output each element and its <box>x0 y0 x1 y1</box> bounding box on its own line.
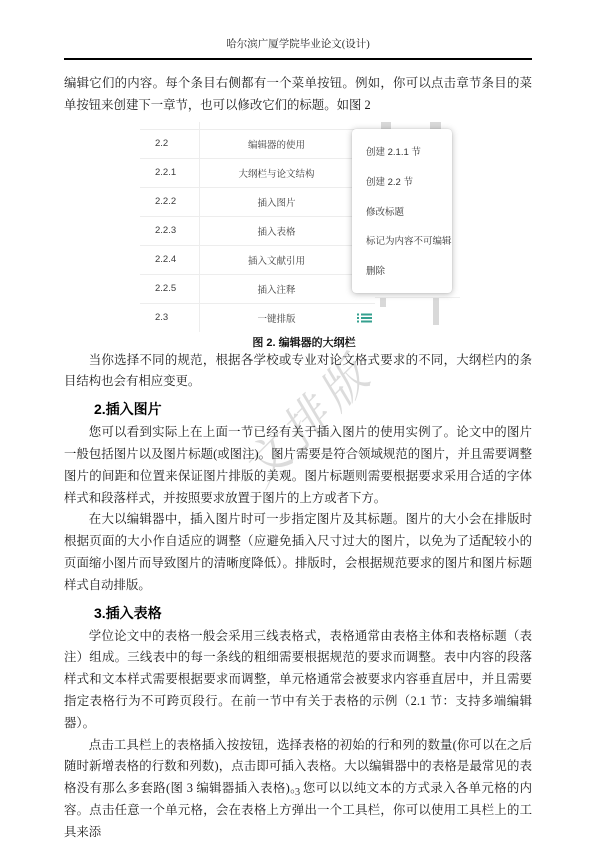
paragraph: 当你选择不同的规范，根据各学校或专业对论文格式要求的不同，大纲栏内的条目结构也会… <box>64 350 532 394</box>
outline-number: 2.2 <box>140 130 200 158</box>
outline-title: 大纲栏与论文结构 <box>200 159 375 187</box>
menu-item-create-2-1-1[interactable]: 创建 2.1.1 节 <box>352 144 452 158</box>
page-preview-edge <box>381 122 391 129</box>
outline-number: 2.2.4 <box>140 246 200 274</box>
list-icon[interactable] <box>357 313 372 323</box>
outline-row[interactable]: 2.2.2 插入图片 <box>140 187 375 216</box>
outline-number: 2.2.2 <box>140 188 200 216</box>
outline-row[interactable]: 2.2.1 大纲栏与论文结构 <box>140 158 375 187</box>
outline-panel: 2.2 编辑器的使用 2.2.1 大纲栏与论文结构 2.2.2 插入图片 2.2… <box>140 122 375 332</box>
outline-title: 插入表格 <box>200 217 375 245</box>
context-menu: 创建 2.1.1 节 创建 2.2 节 修改标题 标记为内容不可编辑 删除 <box>352 129 452 293</box>
section-heading-insert-table: 3.插入表格 <box>94 603 532 623</box>
outline-row[interactable]: 2.2.5 插入注释 <box>140 274 375 303</box>
outline-row[interactable]: 2.2.3 插入表格 <box>140 216 375 245</box>
figure-caption: 图 2. 编辑器的大纲栏 <box>118 334 490 350</box>
page-header: 哈尔滨广厦学院毕业论文(设计) <box>64 36 532 60</box>
outline-title: 插入文献引用 <box>200 246 375 274</box>
document-body: 编辑它们的内容。每个条目右侧都有一个菜单按钮。例如，你可以点击章节条目的菜单按钮… <box>64 73 532 842</box>
outline-title: 一键排版 <box>200 304 375 332</box>
outline-number: 2.3 <box>140 304 200 332</box>
paragraph: 编辑它们的内容。每个条目右侧都有一个菜单按钮。例如，你可以点击章节条目的菜单按钮… <box>64 73 532 117</box>
outline-number: 2.2.1 <box>140 159 200 187</box>
header-title: 哈尔滨广厦学院毕业论文(设计) <box>226 39 370 50</box>
menu-item-delete[interactable]: 删除 <box>352 263 452 277</box>
page-preview-edge <box>430 122 441 129</box>
paragraph: 在大以编辑器中，插入图片时可一步指定图片及其标题。图片的大小会在排版时根据页面的… <box>64 509 532 596</box>
outline-row[interactable]: 2.2 编辑器的使用 <box>140 129 375 158</box>
outline-number: 2.2.5 <box>140 275 200 303</box>
section-heading-insert-image: 2.插入图片 <box>94 399 532 419</box>
page-preview-edge <box>380 298 386 307</box>
menu-item-rename[interactable]: 修改标题 <box>352 204 452 218</box>
document-page: 哈尔滨广厦学院毕业论文(设计) 文排版 编辑它们的内容。每个条目右侧都有一个菜单… <box>0 0 595 842</box>
paragraph: 学位论文中的表格一般会采用三线表格式，表格通常由表格主体和表格标题（表注）组成。… <box>64 626 532 735</box>
paragraph: 您可以看到实际上在上面一节已经有关于插入图片的使用实例了。论文中的图片一般包括图… <box>64 422 532 509</box>
figure-2: 2.2 编辑器的使用 2.2.1 大纲栏与论文结构 2.2.2 插入图片 2.2… <box>64 122 532 350</box>
menu-item-mark-readonly[interactable]: 标记为内容不可编辑 <box>352 233 452 247</box>
outline-title: 编辑器的使用 <box>200 130 375 158</box>
figure-screenshot: 2.2 编辑器的使用 2.2.1 大纲栏与论文结构 2.2.2 插入图片 2.2… <box>140 122 512 325</box>
row-divider-extension <box>375 297 460 298</box>
page-preview-edge <box>433 298 439 325</box>
outline-number: 2.2.3 <box>140 217 200 245</box>
outline-row-partial <box>140 122 375 129</box>
outline-title: 插入注释 <box>200 275 375 303</box>
outline-row[interactable]: 2.3 一键排版 <box>140 303 375 332</box>
paragraph: 点击工具栏上的表格插入按按钮，选择表格的初始的行和列的数量(你可以在之后随时新增… <box>64 735 532 842</box>
menu-item-create-2-2[interactable]: 创建 2.2 节 <box>352 174 452 188</box>
outline-row[interactable]: 2.2.4 插入文献引用 <box>140 245 375 274</box>
outline-title: 插入图片 <box>200 188 375 216</box>
